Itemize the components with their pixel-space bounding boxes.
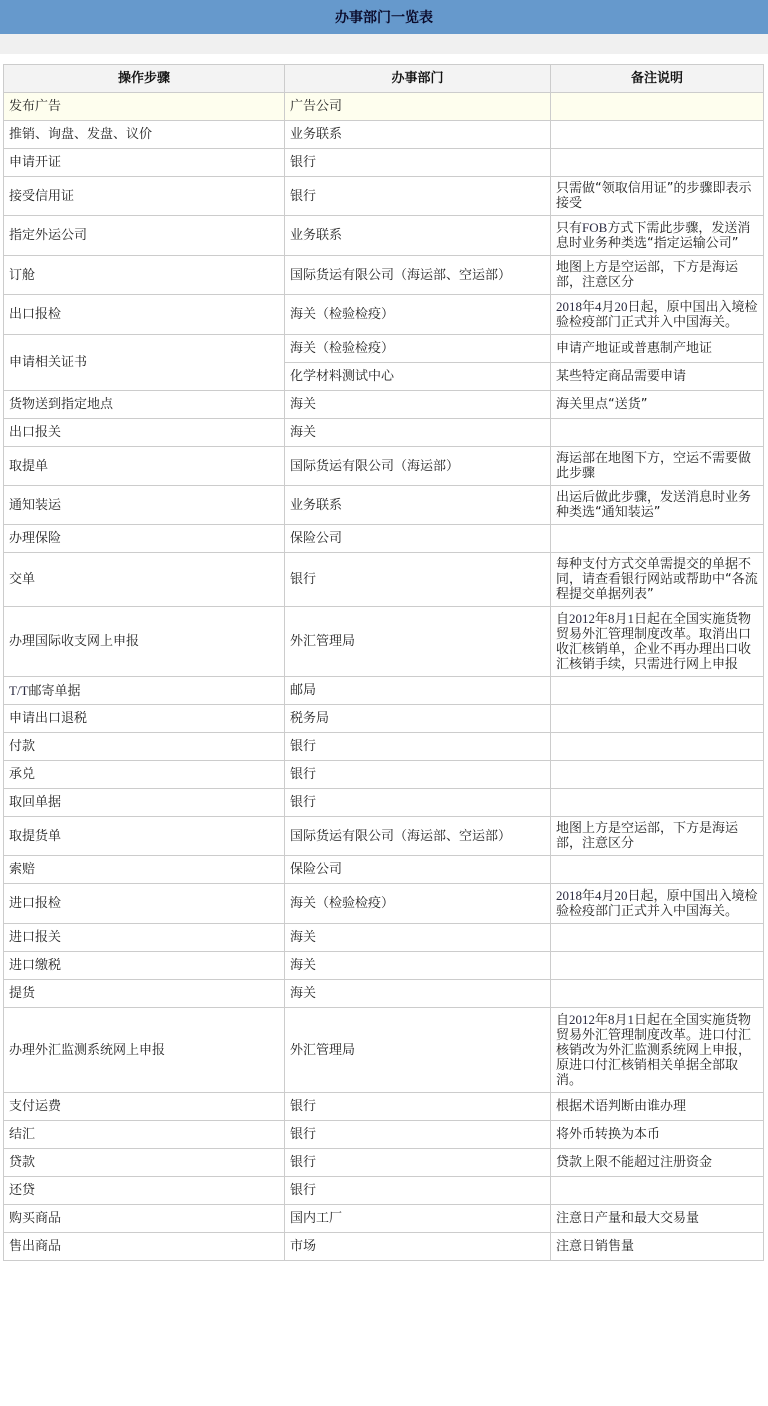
column-header-note: 备注说明	[551, 65, 764, 93]
table-row: 取回单据银行	[4, 789, 764, 817]
cell-note	[551, 856, 764, 884]
cell-note: 注意日产量和最大交易量	[551, 1205, 764, 1233]
cell-department: 银行	[285, 789, 551, 817]
table-row: 申请开证银行	[4, 149, 764, 177]
cell-note	[551, 924, 764, 952]
cell-step: 取回单据	[4, 789, 285, 817]
cell-department: 业务联系	[285, 216, 551, 256]
table-row: 推销、询盘、发盘、议价业务联系	[4, 121, 764, 149]
cell-step: 订舱	[4, 256, 285, 295]
cell-department: 国际货运有限公司（海运部、空运部）	[285, 256, 551, 295]
table-row: 办理外汇监测系统网上申报外汇管理局自2012年8月1日起在全国实施货物贸易外汇管…	[4, 1008, 764, 1093]
cell-step: 申请开证	[4, 149, 285, 177]
table-row: 售出商品市场注意日销售量	[4, 1233, 764, 1261]
table-row: 索赔保险公司	[4, 856, 764, 884]
table-row: 通知装运业务联系出运后做此步骤，发送消息时业务种类选“通知装运”	[4, 486, 764, 525]
cell-department: 海关	[285, 419, 551, 447]
cell-note	[551, 980, 764, 1008]
cell-note: 只需做“领取信用证”的步骤即表示接受	[551, 177, 764, 216]
table-row: 取提货单国际货运有限公司（海运部、空运部）地图上方是空运部，下方是海运部，注意区…	[4, 817, 764, 856]
table-row: T/T邮寄单据邮局	[4, 677, 764, 705]
cell-note	[551, 952, 764, 980]
cell-step: 办理保险	[4, 525, 285, 553]
table-row: 订舱国际货运有限公司（海运部、空运部）地图上方是空运部，下方是海运部，注意区分	[4, 256, 764, 295]
page-title: 办事部门一览表	[335, 7, 433, 27]
cell-department: 银行	[285, 733, 551, 761]
table-row: 申请相关证书海关（检验检疫）申请产地证或普惠制产地证	[4, 335, 764, 363]
cell-note: 某些特定商品需要申请	[551, 363, 764, 391]
table-row: 付款银行	[4, 733, 764, 761]
cell-step: 进口报检	[4, 884, 285, 924]
cell-step: 售出商品	[4, 1233, 285, 1261]
cell-department: 外汇管理局	[285, 1008, 551, 1093]
cell-department: 国际货运有限公司（海运部）	[285, 447, 551, 486]
cell-department: 税务局	[285, 705, 551, 733]
cell-note: 自2012年8月1日起在全国实施货物贸易外汇管理制度改革。取消出口收汇核销单，企…	[551, 607, 764, 677]
cell-note	[551, 419, 764, 447]
column-header-step: 操作步骤	[4, 65, 285, 93]
cell-step: 进口报关	[4, 924, 285, 952]
cell-department: 保险公司	[285, 856, 551, 884]
cell-department: 银行	[285, 761, 551, 789]
spacer	[0, 54, 768, 64]
cell-department: 海关	[285, 924, 551, 952]
cell-note	[551, 121, 764, 149]
table-row: 出口报检海关（检验检疫）2018年4月20日起，原中国出入境检验检疫部门正式并入…	[4, 295, 764, 335]
cell-department: 海关（检验检疫）	[285, 884, 551, 924]
cell-note: 出运后做此步骤，发送消息时业务种类选“通知装运”	[551, 486, 764, 525]
cell-step: 出口报关	[4, 419, 285, 447]
cell-note	[551, 149, 764, 177]
table-row: 提货海关	[4, 980, 764, 1008]
cell-note: 2018年4月20日起，原中国出入境检验检疫部门正式并入中国海关。	[551, 295, 764, 335]
cell-department: 外汇管理局	[285, 607, 551, 677]
cell-step: 发布广告	[4, 93, 285, 121]
cell-department: 银行	[285, 1149, 551, 1177]
cell-note: 地图上方是空运部，下方是海运部，注意区分	[551, 256, 764, 295]
cell-department: 银行	[285, 1093, 551, 1121]
cell-step: 结汇	[4, 1121, 285, 1149]
cell-department: 银行	[285, 1121, 551, 1149]
cell-department: 海关（检验检疫）	[285, 295, 551, 335]
cell-step: 接受信用证	[4, 177, 285, 216]
table-row: 货物送到指定地点海关海关里点“送货”	[4, 391, 764, 419]
table-row: 取提单国际货运有限公司（海运部）海运部在地图下方，空运不需要做此步骤	[4, 447, 764, 486]
cell-step: 提货	[4, 980, 285, 1008]
cell-note: 将外币转换为本币	[551, 1121, 764, 1149]
cell-note	[551, 705, 764, 733]
cell-department: 业务联系	[285, 486, 551, 525]
cell-note	[551, 789, 764, 817]
cell-note: 每种支付方式交单需提交的单据不同，请查看银行网站或帮助中“各流程提交单据列表”	[551, 553, 764, 607]
cell-step: 申请出口退税	[4, 705, 285, 733]
cell-department: 海关	[285, 980, 551, 1008]
cell-step: 取提单	[4, 447, 285, 486]
cell-step: 进口缴税	[4, 952, 285, 980]
cell-note: 自2012年8月1日起在全国实施货物贸易外汇管理制度改革。进口付汇核销改为外汇监…	[551, 1008, 764, 1093]
table-container: 操作步骤 办事部门 备注说明 发布广告广告公司推销、询盘、发盘、议价业务联系申请…	[0, 64, 768, 1261]
cell-note	[551, 733, 764, 761]
table-row: 还贷银行	[4, 1177, 764, 1205]
cell-note: 2018年4月20日起，原中国出入境检验检疫部门正式并入中国海关。	[551, 884, 764, 924]
table-row: 办理保险保险公司	[4, 525, 764, 553]
table-row: 出口报关海关	[4, 419, 764, 447]
table-header-row: 操作步骤 办事部门 备注说明	[4, 65, 764, 93]
cell-step: 推销、询盘、发盘、议价	[4, 121, 285, 149]
cell-step: 取提货单	[4, 817, 285, 856]
cell-note: 根据术语判断由谁办理	[551, 1093, 764, 1121]
cell-step: 货物送到指定地点	[4, 391, 285, 419]
table-row: 承兑银行	[4, 761, 764, 789]
cell-department: 广告公司	[285, 93, 551, 121]
table-row: 办理国际收支网上申报外汇管理局自2012年8月1日起在全国实施货物贸易外汇管理制…	[4, 607, 764, 677]
cell-department: 海关	[285, 952, 551, 980]
table-row: 接受信用证银行只需做“领取信用证”的步骤即表示接受	[4, 177, 764, 216]
table-body: 发布广告广告公司推销、询盘、发盘、议价业务联系申请开证银行接受信用证银行只需做“…	[4, 93, 764, 1261]
cell-department: 化学材料测试中心	[285, 363, 551, 391]
cell-department: 保险公司	[285, 525, 551, 553]
column-header-department: 办事部门	[285, 65, 551, 93]
department-table: 操作步骤 办事部门 备注说明 发布广告广告公司推销、询盘、发盘、议价业务联系申请…	[3, 64, 764, 1261]
toolbar-band	[0, 34, 768, 54]
cell-step: 指定外运公司	[4, 216, 285, 256]
cell-step: 付款	[4, 733, 285, 761]
cell-department: 银行	[285, 553, 551, 607]
table-row: 发布广告广告公司	[4, 93, 764, 121]
cell-step: T/T邮寄单据	[4, 677, 285, 705]
table-row: 进口报关海关	[4, 924, 764, 952]
cell-note: 贷款上限不能超过注册资金	[551, 1149, 764, 1177]
cell-note: 申请产地证或普惠制产地证	[551, 335, 764, 363]
title-bar: 办事部门一览表	[0, 0, 768, 34]
cell-note	[551, 93, 764, 121]
cell-department: 银行	[285, 177, 551, 216]
cell-note: 只有FOB方式下需此步骤，发送消息时业务种类选“指定运输公司”	[551, 216, 764, 256]
cell-note	[551, 525, 764, 553]
cell-note: 地图上方是空运部，下方是海运部，注意区分	[551, 817, 764, 856]
cell-step: 申请相关证书	[4, 335, 285, 391]
cell-note: 海运部在地图下方，空运不需要做此步骤	[551, 447, 764, 486]
table-row: 进口缴税海关	[4, 952, 764, 980]
cell-department: 市场	[285, 1233, 551, 1261]
cell-step: 支付运费	[4, 1093, 285, 1121]
cell-step: 贷款	[4, 1149, 285, 1177]
table-row: 结汇银行将外币转换为本币	[4, 1121, 764, 1149]
table-row: 支付运费银行根据术语判断由谁办理	[4, 1093, 764, 1121]
table-row: 贷款银行贷款上限不能超过注册资金	[4, 1149, 764, 1177]
table-row: 交单银行每种支付方式交单需提交的单据不同，请查看银行网站或帮助中“各流程提交单据…	[4, 553, 764, 607]
cell-step: 索赔	[4, 856, 285, 884]
cell-step: 通知装运	[4, 486, 285, 525]
cell-department: 国际货运有限公司（海运部、空运部）	[285, 817, 551, 856]
cell-note	[551, 677, 764, 705]
cell-step: 购买商品	[4, 1205, 285, 1233]
cell-note	[551, 761, 764, 789]
cell-step: 承兑	[4, 761, 285, 789]
table-row: 指定外运公司业务联系只有FOB方式下需此步骤，发送消息时业务种类选“指定运输公司…	[4, 216, 764, 256]
cell-note: 注意日销售量	[551, 1233, 764, 1261]
table-row: 申请出口退税税务局	[4, 705, 764, 733]
cell-department: 银行	[285, 149, 551, 177]
cell-department: 银行	[285, 1177, 551, 1205]
cell-step: 还贷	[4, 1177, 285, 1205]
cell-note: 海关里点“送货”	[551, 391, 764, 419]
table-row: 进口报检海关（检验检疫）2018年4月20日起，原中国出入境检验检疫部门正式并入…	[4, 884, 764, 924]
cell-step: 交单	[4, 553, 285, 607]
cell-department: 邮局	[285, 677, 551, 705]
table-row: 购买商品国内工厂注意日产量和最大交易量	[4, 1205, 764, 1233]
cell-step: 办理国际收支网上申报	[4, 607, 285, 677]
cell-department: 海关（检验检疫）	[285, 335, 551, 363]
cell-step: 办理外汇监测系统网上申报	[4, 1008, 285, 1093]
cell-note	[551, 1177, 764, 1205]
cell-department: 海关	[285, 391, 551, 419]
cell-department: 业务联系	[285, 121, 551, 149]
cell-department: 国内工厂	[285, 1205, 551, 1233]
cell-step: 出口报检	[4, 295, 285, 335]
